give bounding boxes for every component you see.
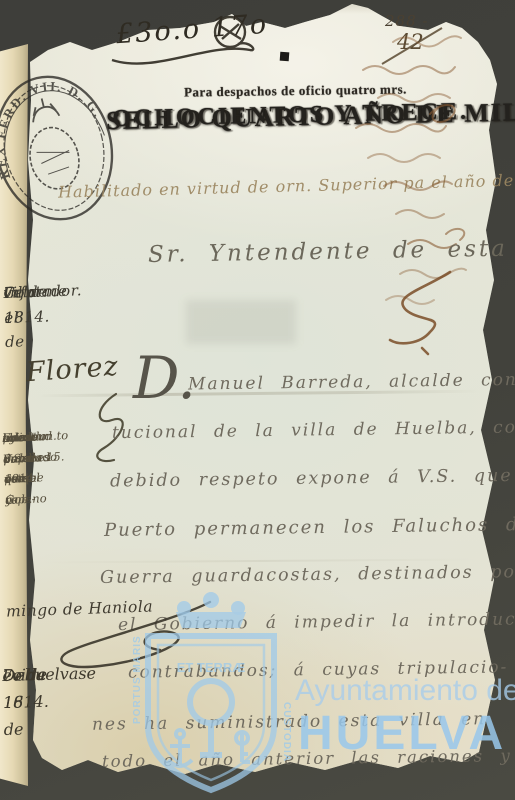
margin-note-line: Debuelvase	[2, 660, 96, 689]
margin-note-line: Enero de 1814	[2, 426, 40, 489]
ink-bleedthrough	[338, 12, 515, 312]
shield-motto-top: ET TERRÆ	[177, 660, 246, 675]
document-photo: £3o.o 17o 288 - 42 REX FERD. VII. D. G. …	[0, 0, 515, 800]
watermark-org-name-huelva: HUELVA	[298, 706, 506, 761]
signature-florez: Florez	[25, 351, 120, 388]
shield-motto-right: CUSTODIA	[281, 702, 292, 762]
watermark-org-name: Ayuntamiento de	[295, 674, 515, 708]
huelva-shield-watermark-icon: ET TERRÆ PORTUS MARIS CUSTODIA	[118, 592, 304, 800]
brown-paraph-icon	[362, 268, 462, 356]
margin-note-line: Contador.	[3, 278, 82, 305]
drop-cap: D.	[133, 344, 196, 412]
faint-ink-smudge	[186, 300, 296, 344]
shield-motto-left: PORTUS MARIS	[132, 635, 143, 724]
ink-mark	[280, 52, 290, 62]
